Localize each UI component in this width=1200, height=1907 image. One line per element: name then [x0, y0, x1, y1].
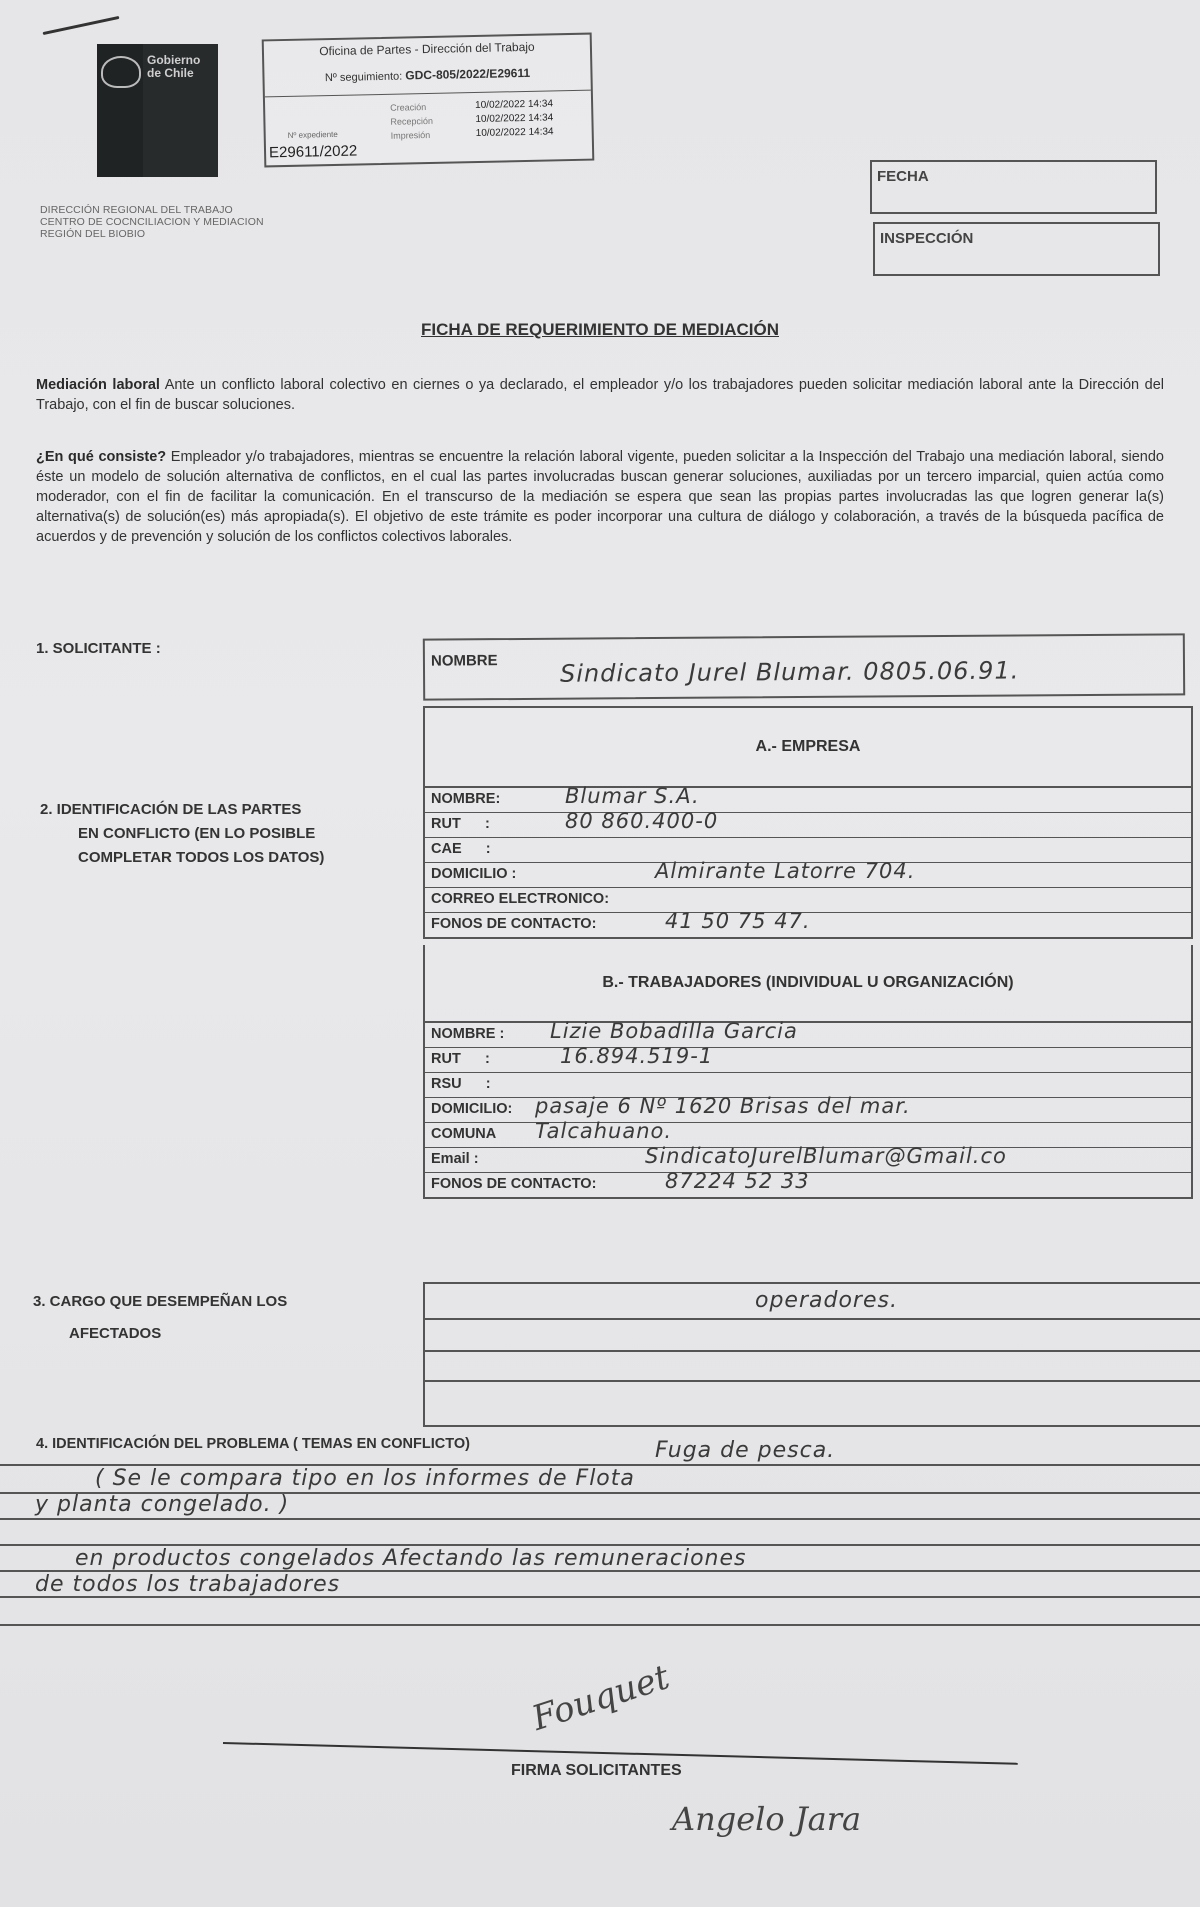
- stamp-tracking: Nº seguimiento: GDC-805/2022/E29611: [264, 65, 590, 86]
- tracking-label: Nº seguimiento:: [325, 71, 403, 85]
- fecha-field[interactable]: FECHA: [870, 160, 1157, 214]
- problema-line: de todos los trabajadores: [35, 1572, 340, 1597]
- empresa-rut-field[interactable]: RUT :80 860.400-0: [425, 813, 1191, 838]
- gobierno-de-chile-logo: Gobierno de Chile: [97, 44, 218, 177]
- empresa-nombre-field[interactable]: NOMBRE:Blumar S.A.: [425, 788, 1191, 813]
- pen-mark: [43, 16, 120, 35]
- signature-2: Angelo Jara: [672, 1800, 861, 1838]
- problema-line: Fuga de pesca.: [655, 1438, 835, 1463]
- solicitante-nombre-value: Sindicato Jurel Blumar. 0805.06.91.: [560, 656, 1019, 687]
- problema-field[interactable]: 4. IDENTIFICACIÓN DEL PROBLEMA ( TEMAS E…: [0, 1430, 1200, 1650]
- form-title: FICHA DE REQUERIMIENTO DE MEDIACIÓN: [0, 320, 1200, 340]
- office-line: REGIÓN DEL BIOBIO: [40, 228, 264, 240]
- cargo-value: operadores.: [755, 1288, 898, 1313]
- solicitante-nombre-field[interactable]: NOMBRE Sindicato Jurel Blumar. 0805.06.9…: [423, 633, 1185, 700]
- signature-label: FIRMA SOLICITANTES: [511, 1762, 682, 1780]
- nombre-label: NOMBRE: [431, 652, 498, 669]
- trabajadores-heading: B.- TRABAJADORES (INDIVIDUAL U ORGANIZAC…: [425, 945, 1191, 1023]
- stamp-title: Oficina de Partes - Dirección del Trabaj…: [264, 39, 590, 60]
- problema-line: ( Se le compara tipo en los informes de …: [95, 1466, 635, 1491]
- logo-line-2: de Chile: [147, 67, 200, 80]
- empresa-heading: A.- EMPRESA: [425, 708, 1191, 788]
- problema-line: en productos congelados Afectando las re…: [75, 1546, 746, 1571]
- stamp-dates: Creación10/02/2022 14:34 Recepción10/02/…: [390, 97, 554, 142]
- section-3-label: 3. CARGO QUE DESEMPEÑAN LOS AFECTADOS: [33, 1286, 287, 1350]
- office-line: DIRECCIÓN REGIONAL DEL TRABAJO: [40, 204, 264, 216]
- intro-paragraph-1: Mediación laboral Ante un conflicto labo…: [36, 375, 1164, 415]
- office-line: CENTRO DE COCNCILIACION Y MEDIACION: [40, 216, 264, 228]
- signature-1: Fouquet: [527, 1657, 674, 1739]
- empresa-table: A.- EMPRESA NOMBRE:Blumar S.A. RUT :80 8…: [423, 706, 1193, 939]
- trabajador-nombre-field[interactable]: NOMBRE :Lizie Bobadilla Garcia: [425, 1023, 1191, 1048]
- cargo-field[interactable]: operadores.: [423, 1282, 1200, 1427]
- intro-paragraph-2: ¿En qué consiste? Empleador y/o trabajad…: [36, 447, 1164, 547]
- trabajador-rut-field[interactable]: RUT :16.894.519-1: [425, 1048, 1191, 1073]
- trabajadores-table: B.- TRABAJADORES (INDIVIDUAL U ORGANIZAC…: [423, 945, 1193, 1199]
- inspeccion-field[interactable]: INSPECCIÓN: [873, 222, 1160, 276]
- trabajador-fonos-field[interactable]: FONOS DE CONTACTO:87224 52 33: [425, 1173, 1191, 1197]
- section-4-label: 4. IDENTIFICACIÓN DEL PROBLEMA ( TEMAS E…: [36, 1436, 470, 1452]
- office-block: DIRECCIÓN REGIONAL DEL TRABAJO CENTRO DE…: [40, 204, 264, 240]
- tracking-value: GDC-805/2022/E29611: [405, 66, 530, 83]
- coat-of-arms-icon: [101, 56, 141, 88]
- empresa-fonos-field[interactable]: FONOS DE CONTACTO:41 50 75 47.: [425, 913, 1191, 937]
- expediente-label: Nº expediente: [288, 130, 338, 140]
- section-2-label: 2. IDENTIFICACIÓN DE LAS PARTES EN CONFL…: [40, 798, 324, 870]
- section-1-label: 1. SOLICITANTE :: [36, 640, 161, 657]
- problema-line: y planta congelado. ): [35, 1492, 289, 1517]
- empresa-domicilio-field[interactable]: DOMICILIO :Almirante Latorre 704.: [425, 863, 1191, 888]
- reception-stamp: Oficina de Partes - Dirección del Trabaj…: [262, 33, 595, 168]
- inspeccion-label: INSPECCIÓN: [880, 230, 973, 247]
- fecha-label: FECHA: [877, 168, 929, 185]
- stamp-row: Impresión10/02/2022 14:34: [391, 125, 554, 142]
- expediente-value: E29611/2022: [269, 142, 357, 161]
